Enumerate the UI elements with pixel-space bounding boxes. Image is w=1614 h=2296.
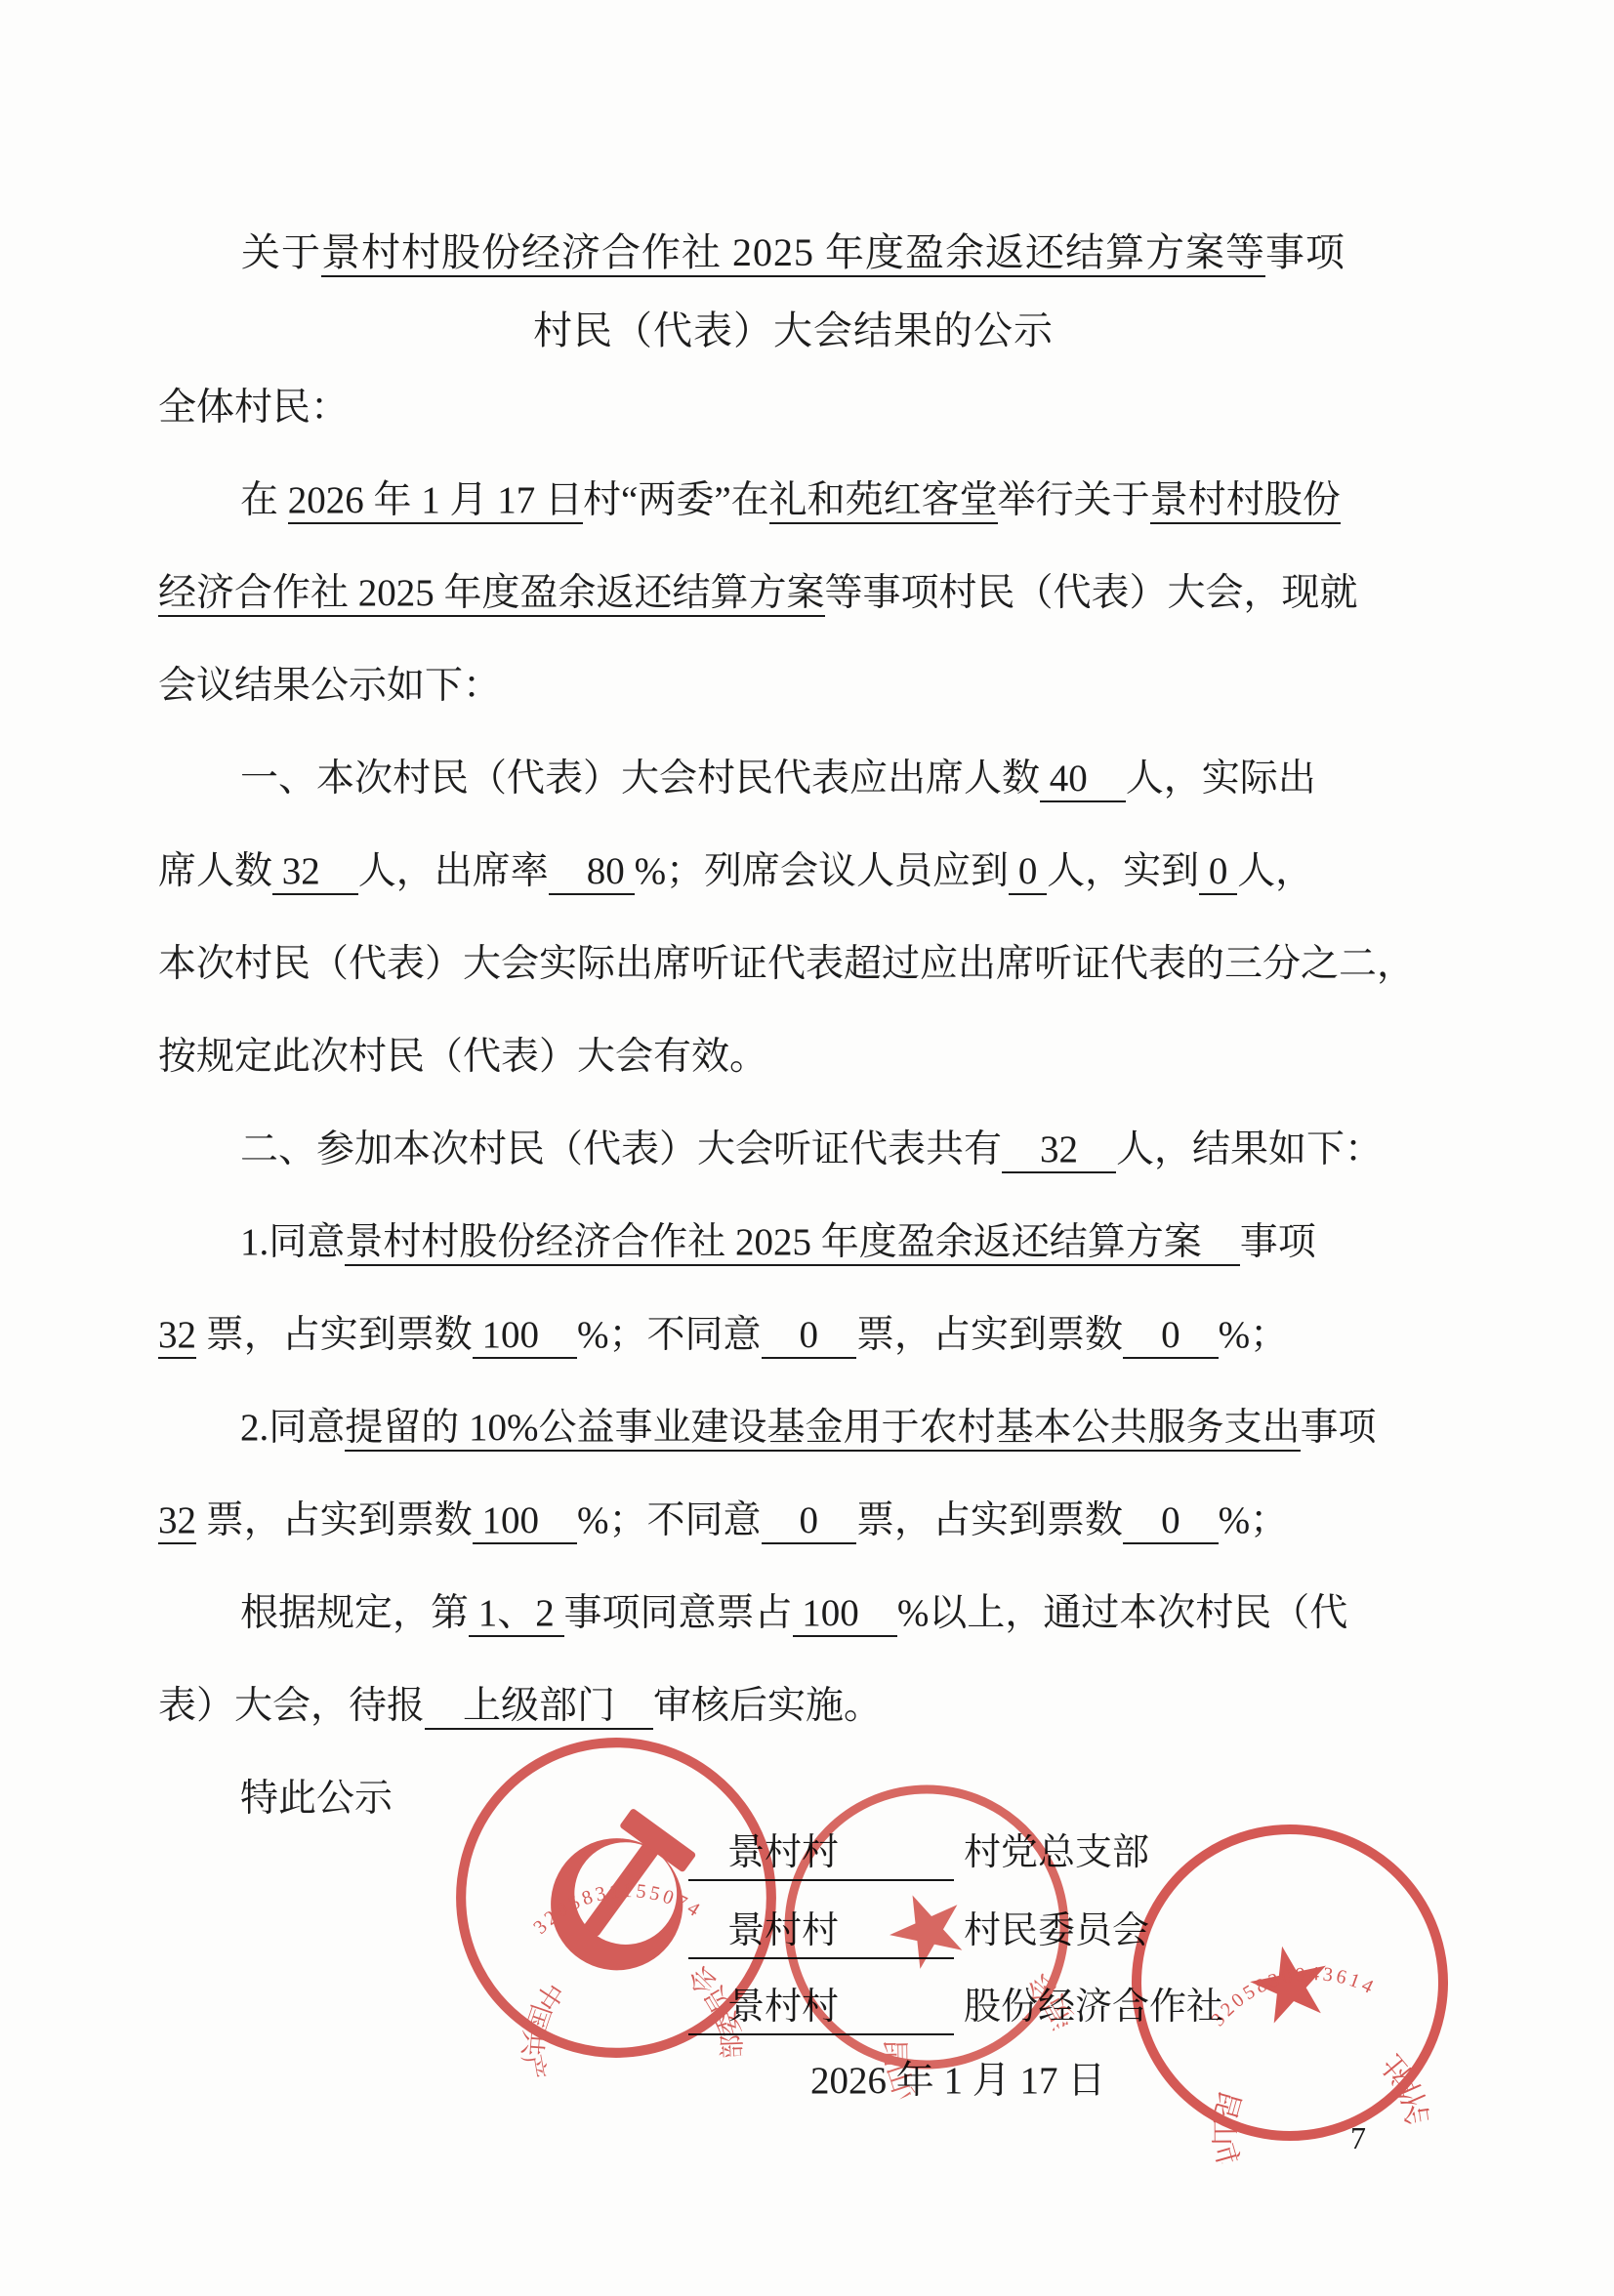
filled-blank: 32 (158, 1314, 196, 1359)
body-line: 1.同意景村村股份经济合作社 2025 年度盈余返还结算方案 事项 (158, 1213, 1428, 1306)
filled-blank: 0 (762, 1499, 857, 1544)
text-segment: 票，占实到票数 (196, 1314, 473, 1356)
filled-blank: 2026 年 1 月 17 日 (288, 479, 583, 524)
document-title-line-2: 村民（代表）大会结果的公示 (158, 301, 1428, 379)
filled-blank: 80 (549, 850, 635, 895)
text-segment: 票，占实到票数 (856, 1314, 1123, 1356)
text-segment: 会议结果公示如下： (158, 665, 501, 707)
page-number: 7 (1350, 2120, 1366, 2156)
body-line: 在 2026 年 1 月 17 日村“两委”在礼和苑红客堂举行关于景村村股份 (158, 471, 1428, 564)
text-segment: 人，实到 (1047, 850, 1199, 892)
body-text: 在 2026 年 1 月 17 日村“两委”在礼和苑红客堂举行关于景村村股份经济… (158, 471, 1428, 1863)
text-segment: %；不同意 (577, 1499, 762, 1541)
text-segment: 二、参加本次村民（代表）大会听证代表共有 (240, 1128, 1002, 1170)
filled-blank: 32 (158, 1499, 196, 1544)
body-line: 2.同意提留的 10%公益事业建设基金用于农村基本公共服务支出事项 (158, 1399, 1428, 1492)
document-title-line-1: 关于景村村股份经济合作社 2025 年度盈余返还结算方案等事项 (158, 223, 1428, 301)
text-segment: 票，占实到票数 (196, 1499, 473, 1541)
body-line: 二、参加本次村民（代表）大会听证代表共有 32 人，结果如下： (158, 1121, 1428, 1213)
filled-blank: 100 (793, 1592, 897, 1637)
filled-blank: 0 (1009, 850, 1047, 895)
body-line: 会议结果公示如下： (158, 657, 1428, 750)
title-suffix: 事项 (1265, 230, 1345, 274)
filled-blank: 0 (1123, 1314, 1219, 1359)
filled-blank: 经济合作社 2025 年度盈余返还结算方案 (158, 572, 825, 617)
body-line: 按规定此次村民（代表）大会有效。 (158, 1028, 1428, 1121)
filled-blank: 40 (1040, 758, 1126, 802)
title-prefix: 关于 (241, 230, 321, 274)
filled-blank: 32 (272, 850, 358, 895)
seal-ring-text: 中国共产党昆山高新区景村村总支部委员会 (509, 1956, 759, 2084)
text-segment: 事项 (1301, 1407, 1377, 1449)
text-segment: 人，出席率 (358, 850, 549, 892)
filled-blank: 0 (1199, 850, 1237, 895)
filled-blank: 景村村股份 (1150, 479, 1341, 524)
body-line: 本次村民（代表）大会实际出席听证代表超过应出席听证代表的三分之二， (158, 935, 1428, 1028)
filled-blank: 100 (473, 1314, 577, 1359)
text-segment: 举行关于 (998, 479, 1150, 521)
filled-blank: 提留的 10%公益事业建设基金用于农村基本公共服务支出 (345, 1407, 1300, 1452)
filled-blank: 32 (1002, 1128, 1116, 1173)
text-segment: 一、本次村民（代表）大会村民代表应出席人数 (240, 758, 1040, 799)
body-line: 32 票，占实到票数 100 %；不同意 0 票，占实到票数 0 %； (158, 1492, 1428, 1584)
text-segment: 人， (1237, 850, 1313, 892)
text-segment: 在 (240, 479, 288, 521)
text-segment: 根据规定，第 (240, 1592, 469, 1634)
document-body: 关于景村村股份经济合作社 2025 年度盈余返还结算方案等事项 村民（代表）大会… (158, 223, 1428, 1863)
filled-blank: 上级部门 (425, 1685, 653, 1730)
text-segment: 按规定此次村民（代表）大会有效。 (158, 1036, 767, 1078)
text-segment: 票，占实到票数 (856, 1499, 1123, 1541)
body-line: 32 票，占实到票数 100 %；不同意 0 票，占实到票数 0 %； (158, 1306, 1428, 1399)
filled-blank: 0 (1123, 1499, 1219, 1544)
salutation: 全体村民： (158, 379, 1428, 471)
text-segment: %； (1219, 1499, 1289, 1541)
svg-text:中国共产党昆山高新区景村村总支部委员会: 中国共产党昆山高新区景村村总支部委员会 (509, 1956, 759, 2084)
text-segment: 本次村民（代表）大会实际出席听证代表超过应出席听证代表的三分之二， (158, 943, 1415, 985)
text-segment: %；列席会议人员应到 (635, 850, 1010, 892)
body-line: 根据规定，第 1、2 事项同意票占 100 %以上，通过本次村民（代 (158, 1584, 1428, 1677)
text-segment: 席人数 (158, 850, 272, 892)
title-underlined-subject: 景村村股份经济合作社 2025 年度盈余返还结算方案等 (321, 230, 1265, 277)
body-line: 表）大会，待报 上级部门 审核后实施。 (158, 1677, 1428, 1770)
filled-blank: 1、2 (469, 1592, 564, 1637)
document-page: 关于景村村股份经济合作社 2025 年度盈余返还结算方案等事项 村民（代表）大会… (0, 0, 1614, 2296)
text-segment: 人，结果如下： (1116, 1128, 1383, 1170)
text-segment: 村“两委”在 (583, 479, 769, 521)
text-segment: 等事项村民（代表）大会，现就 (825, 572, 1358, 614)
body-line: 席人数 32 人，出席率 80 %；列席会议人员应到 0 人，实到 0 人， (158, 842, 1428, 935)
text-segment: 人，实际出 (1126, 758, 1316, 799)
body-line: 一、本次村民（代表）大会村民代表应出席人数 40 人，实际出 (158, 750, 1428, 842)
text-segment: %；不同意 (577, 1314, 762, 1356)
filled-blank: 礼和苑红客堂 (769, 479, 998, 524)
text-segment: 特此公示 (240, 1778, 393, 1820)
text-segment: 表）大会，待报 (158, 1685, 425, 1727)
body-line: 经济合作社 2025 年度盈余返还结算方案等事项村民（代表）大会，现就 (158, 564, 1428, 657)
star-icon: ★ (867, 1864, 989, 1996)
text-segment: %； (1219, 1314, 1289, 1356)
filled-blank: 0 (762, 1314, 857, 1359)
filled-blank: 景村村股份经济合作社 2025 年度盈余返还结算方案 (345, 1221, 1240, 1266)
filled-blank: 100 (473, 1499, 577, 1544)
text-segment: 1.同意 (240, 1221, 345, 1263)
text-segment: 事项 (1240, 1221, 1316, 1263)
text-segment: 事项同意票占 (564, 1592, 793, 1634)
text-segment: %以上，通过本次村民（代 (897, 1592, 1348, 1634)
text-segment: 2.同意 (240, 1407, 345, 1449)
